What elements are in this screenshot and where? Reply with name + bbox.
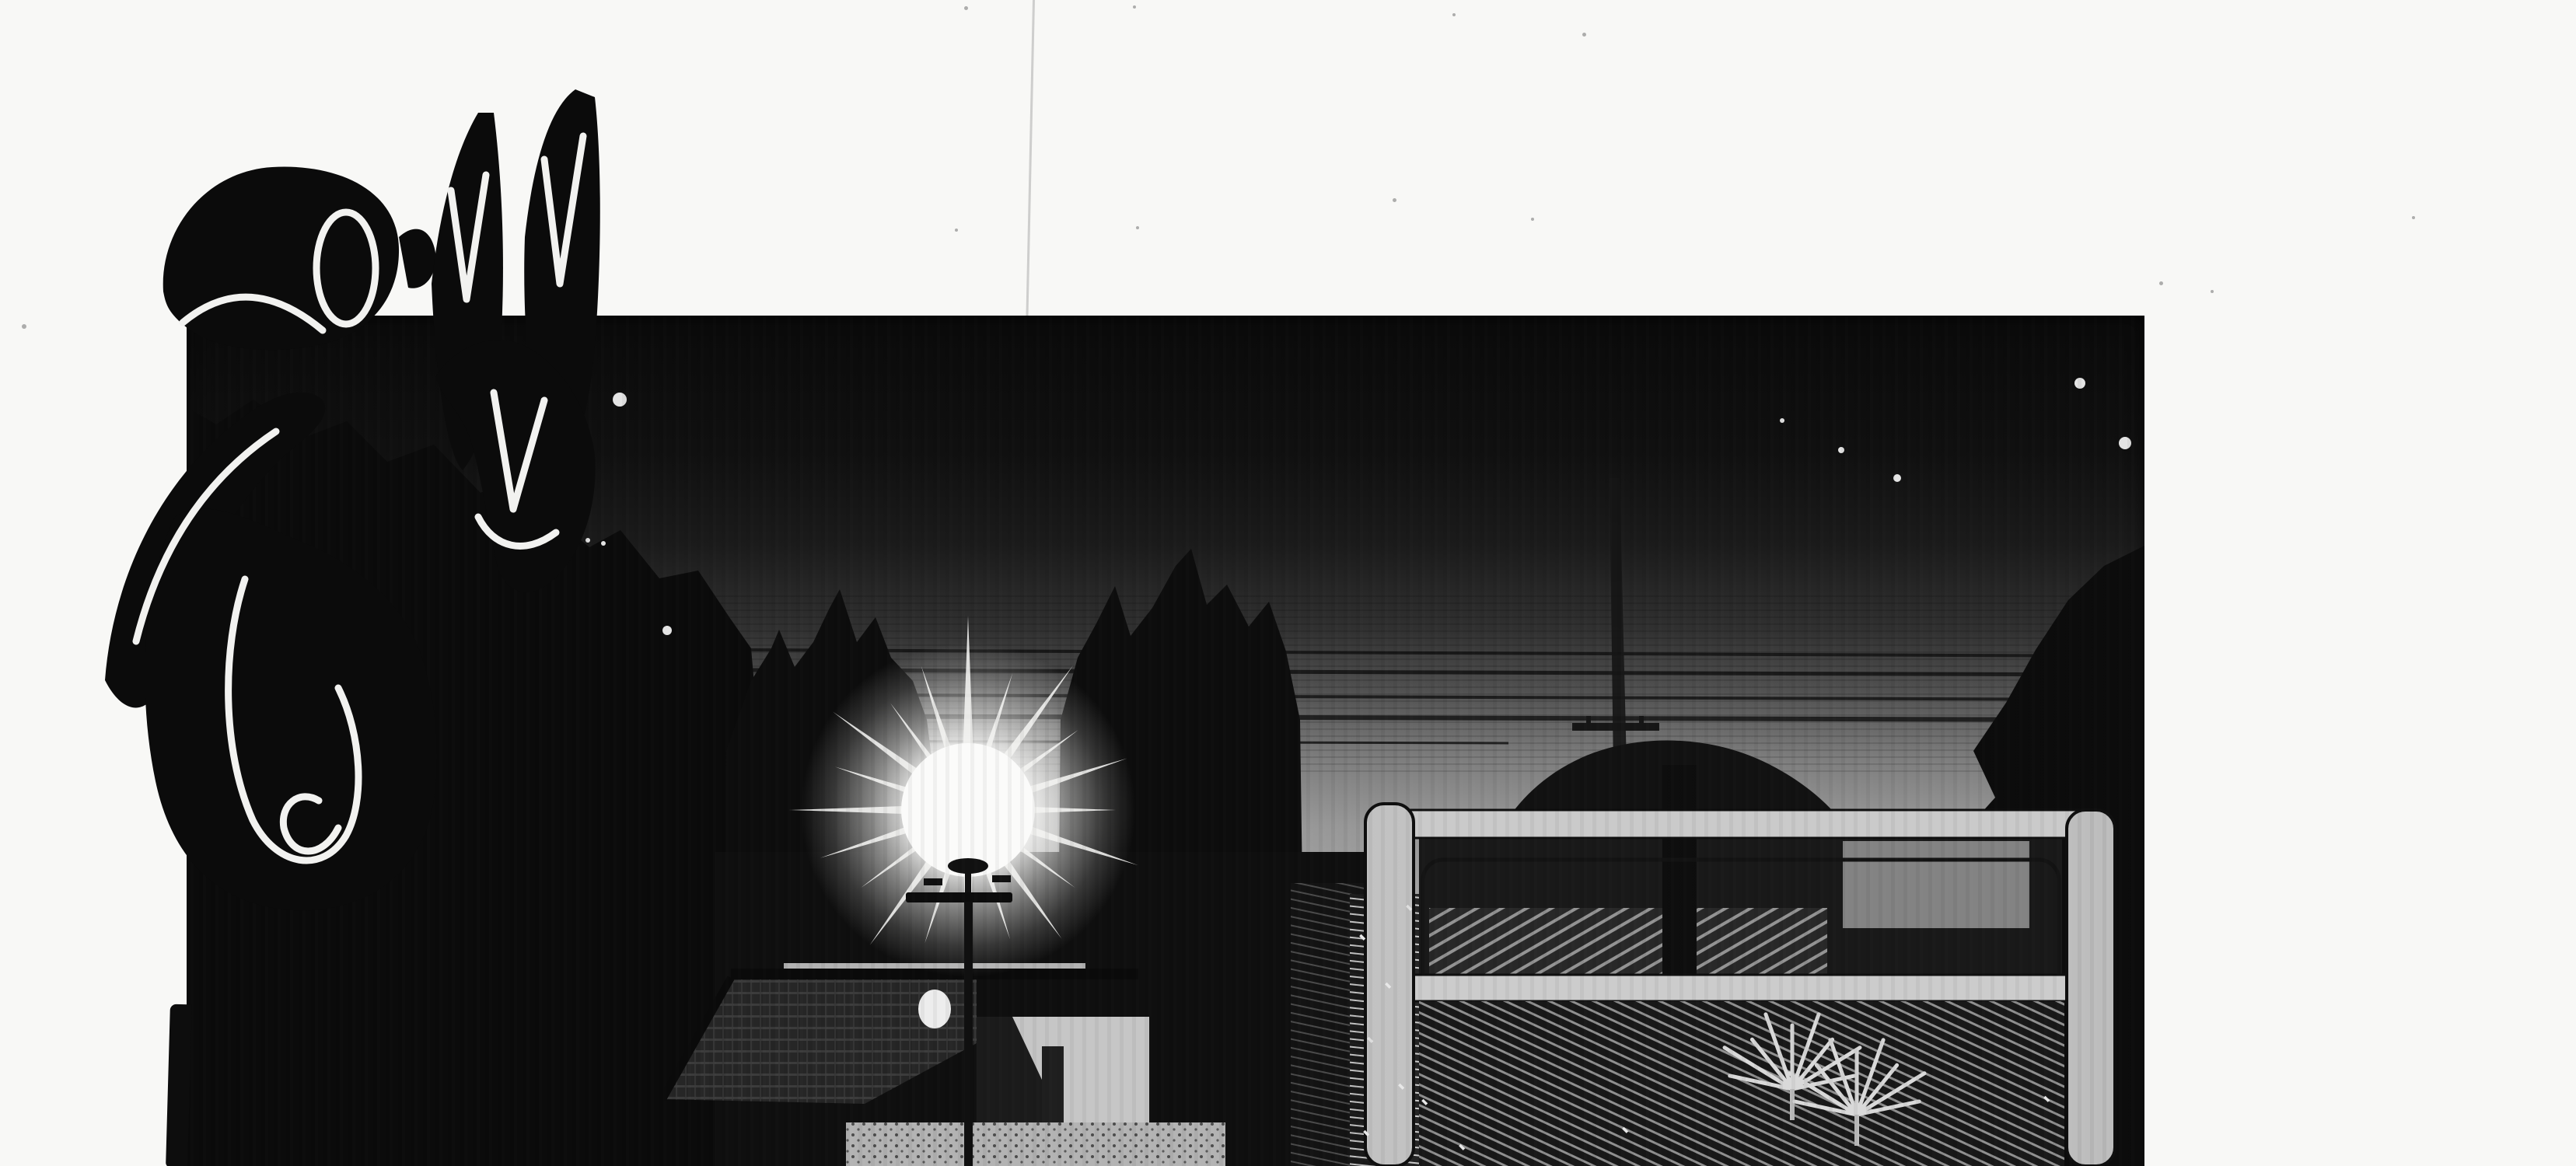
dust-speck — [2159, 281, 2163, 285]
panel-edge-ink-bleed — [166, 1004, 192, 1166]
star-glint — [2119, 437, 2131, 449]
logo-glyph-blob — [399, 229, 435, 288]
logo-glyph-blob — [145, 508, 437, 910]
dust-speck — [22, 324, 26, 329]
sign-mid-rail — [1406, 975, 2081, 1001]
lamp-post — [964, 902, 973, 1166]
lamp-core-glow — [901, 743, 1035, 877]
dust-speck — [2211, 290, 2214, 293]
dust-speck — [1136, 226, 1139, 229]
round-light-blob — [918, 990, 951, 1028]
logo-glyph-blob — [163, 167, 399, 351]
star-glint — [1780, 418, 1784, 423]
star-glint — [2074, 378, 2085, 389]
lamp-bracket-left — [924, 878, 942, 885]
lamp-stem — [965, 869, 971, 895]
telephone-pole-crossarm — [1572, 723, 1659, 731]
lamp-crossbar — [906, 892, 1012, 902]
dust-speck — [1531, 218, 1534, 221]
dust-speck — [955, 229, 958, 232]
sign-interior-light-patch — [1843, 841, 2029, 928]
gravel-strip — [846, 1122, 1225, 1166]
sign-top-bar — [1396, 810, 2084, 838]
scanned-manga-page — [0, 0, 2576, 1166]
sign-frame — [1365, 765, 2115, 1166]
scan-crease-line — [1026, 0, 1035, 319]
dust-speck — [1452, 13, 1456, 16]
pole-insulator — [1639, 716, 1644, 723]
sign-front-grass — [1419, 1001, 2064, 1166]
dust-speck — [1133, 5, 1136, 9]
dust-speck — [2412, 216, 2415, 219]
dust-speck — [1393, 198, 1396, 202]
dust-speck — [1582, 33, 1586, 37]
sign-right-post — [2067, 810, 2115, 1166]
star-glint — [662, 626, 672, 635]
star-glint — [1838, 447, 1844, 453]
lamp-bracket-right — [992, 875, 1011, 882]
pole-insulator — [1586, 716, 1591, 723]
sign-left-post — [1365, 804, 1414, 1166]
star-glint — [1893, 474, 1901, 482]
tree-trunk-behind-sign — [1662, 765, 1697, 979]
fence-hatch-texture — [1429, 908, 1827, 978]
dust-speck — [964, 6, 968, 10]
title-calligraphy-logo — [89, 82, 618, 937]
